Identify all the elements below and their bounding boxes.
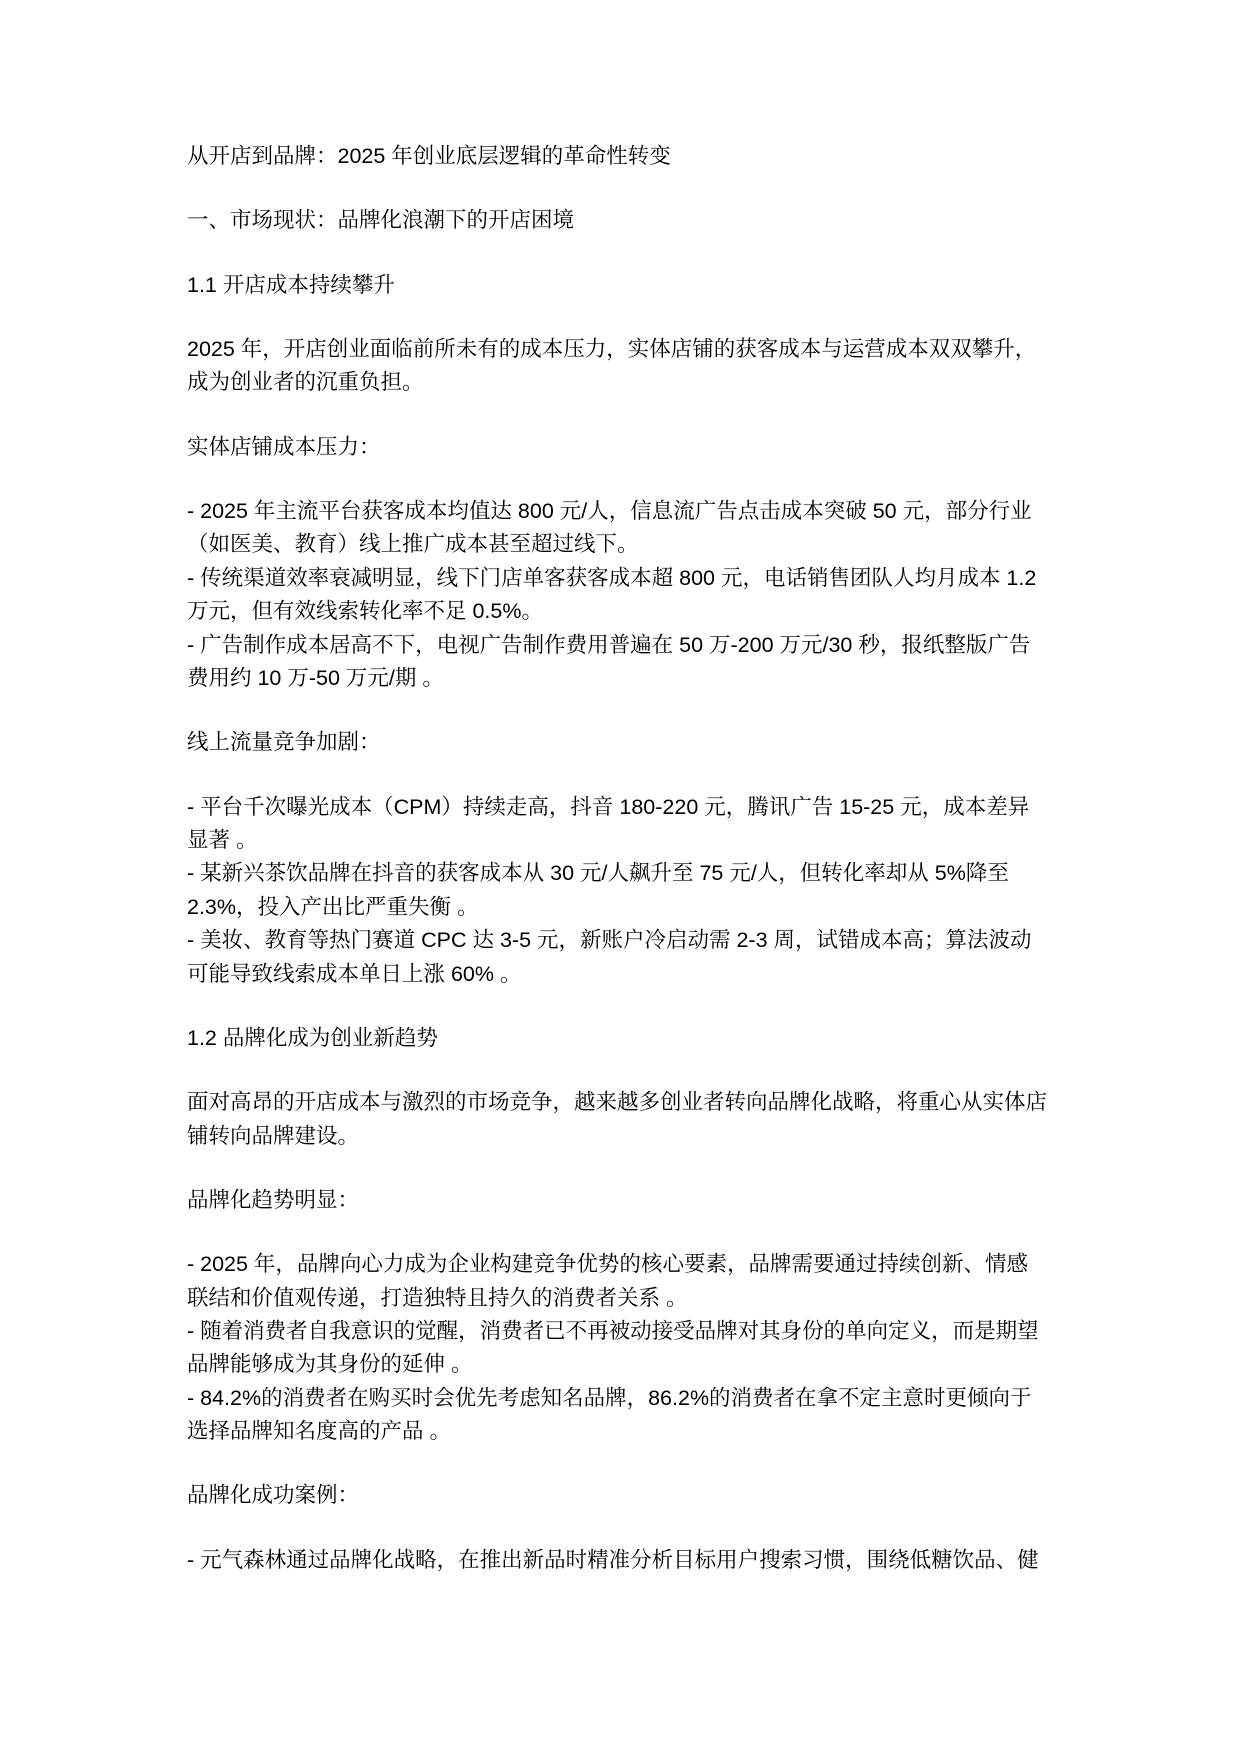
text-line: 可能导致线索成本单日上涨 60% 。 <box>187 958 1097 991</box>
paragraph-label: 线上流量竞争加剧： <box>187 726 1097 759</box>
paragraph-bullet-list: - 2025 年主流平台获客成本均值达 800 元/人，信息流广告点击成本突破 … <box>187 495 1097 695</box>
paragraph-bullet-list: - 元气森林通过品牌化战略，在推出新品时精准分析目标用户搜索习惯，围绕低糖饮品、… <box>187 1544 1097 1577</box>
document-content: 从开店到品牌：2025 年创业底层逻辑的革命性转变一、市场现状：品牌化浪潮下的开… <box>187 140 1097 1608</box>
text-line: - 美妆、教育等热门赛道 CPC 达 3-5 元，新账户冷启动需 2-3 周，试… <box>187 924 1097 957</box>
text-line: 品牌能够成为其身份的延伸 。 <box>187 1348 1097 1381</box>
text-line: - 传统渠道效率衰减明显，线下门店单客获客成本超 800 元，电话销售团队人均月… <box>187 562 1097 595</box>
text-line: - 平台千次曝光成本（CPM）持续走高，抖音 180-220 元，腾讯广告 15… <box>187 791 1097 824</box>
document-page: 从开店到品牌：2025 年创业底层逻辑的革命性转变一、市场现状：品牌化浪潮下的开… <box>0 0 1240 1752</box>
text-line: - 2025 年主流平台获客成本均值达 800 元/人，信息流广告点击成本突破 … <box>187 495 1097 528</box>
paragraph-heading-2: 1.1 开店成本持续攀升 <box>187 269 1097 302</box>
text-line: 实体店铺成本压力： <box>187 431 1097 464</box>
text-line: （如医美、教育）线上推广成本甚至超过线下。 <box>187 528 1097 561</box>
text-line: - 某新兴茶饮品牌在抖音的获客成本从 30 元/人飙升至 75 元/人，但转化率… <box>187 857 1097 890</box>
text-line: 1.2 品牌化成为创业新趋势 <box>187 1022 1097 1055</box>
text-line: 一、市场现状：品牌化浪潮下的开店困境 <box>187 204 1097 237</box>
text-line: 从开店到品牌：2025 年创业底层逻辑的革命性转变 <box>187 140 1097 173</box>
text-line: - 元气森林通过品牌化战略，在推出新品时精准分析目标用户搜索习惯，围绕低糖饮品、… <box>187 1544 1097 1577</box>
paragraph-bullet-list: - 2025 年，品牌向心力成为企业构建竞争优势的核心要素，品牌需要通过持续创新… <box>187 1248 1097 1448</box>
paragraph-bullet-list: - 平台千次曝光成本（CPM）持续走高，抖音 180-220 元，腾讯广告 15… <box>187 791 1097 991</box>
paragraph-heading-2: 1.2 品牌化成为创业新趋势 <box>187 1022 1097 1055</box>
text-line: 万元，但有效线索转化率不足 0.5%。 <box>187 595 1097 628</box>
paragraph-body: 面对高昂的开店成本与激烈的市场竞争，越来越多创业者转向品牌化战略，将重心从实体店… <box>187 1086 1097 1153</box>
text-line: 2025 年，开店创业面临前所未有的成本压力，实体店铺的获客成本与运营成本双双攀… <box>187 333 1097 366</box>
text-line: - 随着消费者自我意识的觉醒，消费者已不再被动接受品牌对其身份的单向定义，而是期… <box>187 1315 1097 1348</box>
paragraph-label: 品牌化成功案例： <box>187 1479 1097 1512</box>
paragraph-title: 从开店到品牌：2025 年创业底层逻辑的革命性转变 <box>187 140 1097 173</box>
text-line: 品牌化成功案例： <box>187 1479 1097 1512</box>
paragraph-label: 实体店铺成本压力： <box>187 431 1097 464</box>
text-line: 品牌化趋势明显： <box>187 1184 1097 1217</box>
text-line: - 84.2%的消费者在购买时会优先考虑知名品牌，86.2%的消费者在拿不定主意… <box>187 1382 1097 1415</box>
text-line: - 2025 年，品牌向心力成为企业构建竞争优势的核心要素，品牌需要通过持续创新… <box>187 1248 1097 1281</box>
text-line: 显著 。 <box>187 824 1097 857</box>
text-line: 联结和价值观传递，打造独特且持久的消费者关系 。 <box>187 1282 1097 1315</box>
text-line: 费用约 10 万-50 万元/期 。 <box>187 662 1097 695</box>
text-line: - 广告制作成本居高不下，电视广告制作费用普遍在 50 万-200 万元/30 … <box>187 629 1097 662</box>
text-line: 1.1 开店成本持续攀升 <box>187 269 1097 302</box>
text-line: 面对高昂的开店成本与激烈的市场竞争，越来越多创业者转向品牌化战略，将重心从实体店 <box>187 1086 1097 1119</box>
text-line: 铺转向品牌建设。 <box>187 1120 1097 1153</box>
text-line: 2.3%，投入产出比严重失衡 。 <box>187 891 1097 924</box>
text-line: 选择品牌知名度高的产品 。 <box>187 1415 1097 1448</box>
paragraph-heading-1: 一、市场现状：品牌化浪潮下的开店困境 <box>187 204 1097 237</box>
paragraph-label: 品牌化趋势明显： <box>187 1184 1097 1217</box>
paragraph-body: 2025 年，开店创业面临前所未有的成本压力，实体店铺的获客成本与运营成本双双攀… <box>187 333 1097 400</box>
text-line: 成为创业者的沉重负担。 <box>187 366 1097 399</box>
text-line: 线上流量竞争加剧： <box>187 726 1097 759</box>
